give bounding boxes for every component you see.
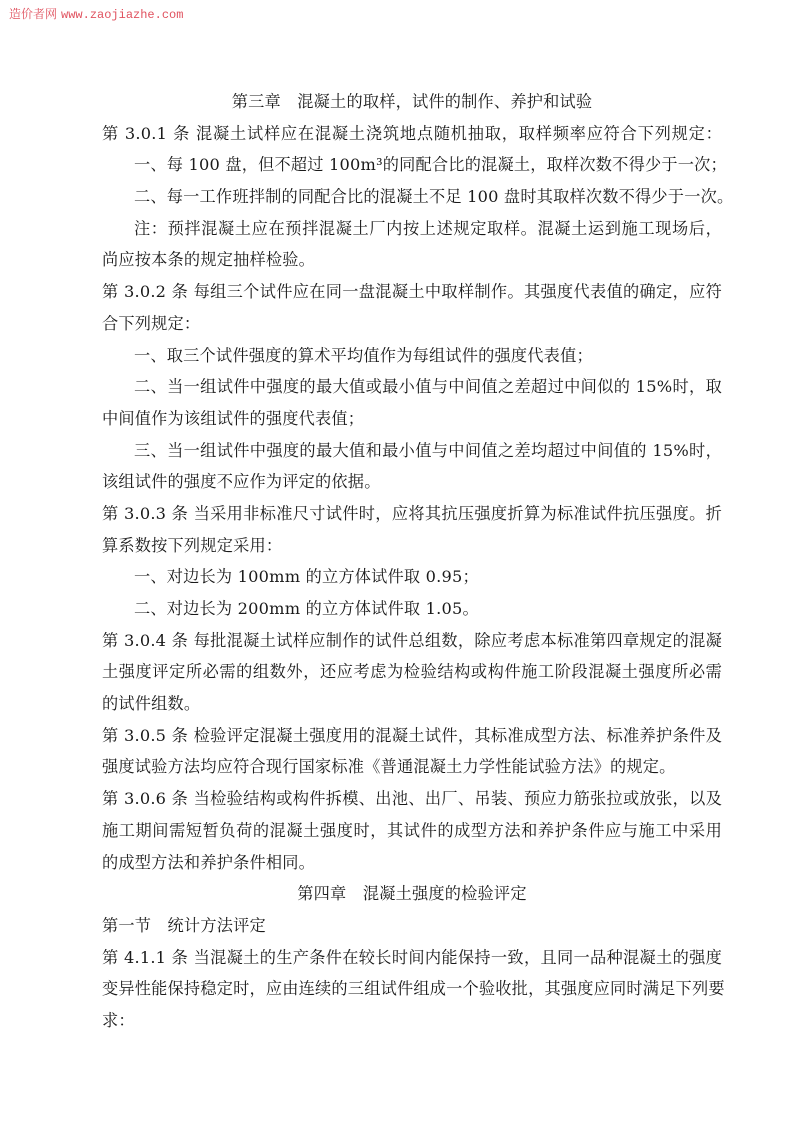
section-1-title: 第一节 统计方法评定: [102, 910, 722, 942]
article-3-0-2-cont: 合下列规定：: [102, 308, 722, 340]
article-3-0-6: 第 3.0.6 条 当检验结构或构件拆模、出池、出厂、吊装、预应力筋张拉或放张，…: [102, 783, 722, 815]
article-4-1-1-cont-1: 变异性能保持稳定时，应由连续的三组试件组成一个验收批，其强度应同时满足下列要: [102, 973, 722, 1005]
article-3-0-3-item-2: 二、对边长为 200mm 的立方体试件取 1.05。: [102, 593, 722, 625]
article-3-0-1: 第 3.0.1 条 混凝土试样应在混凝土浇筑地点随机抽取，取样频率应符合下列规定…: [102, 118, 722, 150]
article-3-0-1-item-2: 二、每一工作班拌制的同配合比的混凝土不足 100 盘时其取样次数不得少于一次。: [102, 181, 722, 213]
article-3-0-3-item-1: 一、对边长为 100mm 的立方体试件取 0.95；: [102, 561, 722, 593]
article-3-0-4: 第 3.0.4 条 每批混凝土试样应制作的试件总组数，除应考虑本标准第四章规定的…: [102, 625, 722, 657]
article-3-0-3: 第 3.0.3 条 当采用非标准尺寸试件时，应将其抗压强度折算为标准试件抗压强度…: [102, 498, 722, 530]
watermark-url: www.zaojiazhe.com: [61, 8, 183, 22]
article-3-0-2-item-2-cont: 中间值作为该组试件的强度代表值；: [102, 403, 722, 435]
site-watermark: 造价者网www.zaojiazhe.com: [9, 5, 183, 22]
article-4-1-1-cont-2: 求：: [102, 1005, 722, 1037]
article-3-0-3-cont: 算系数按下列规定采用：: [102, 530, 722, 562]
article-3-0-2: 第 3.0.2 条 每组三个试件应在同一盘混凝土中取样制作。其强度代表值的确定，…: [102, 276, 722, 308]
article-3-0-2-item-2: 二、当一组试件中强度的最大值或最小值与中间值之差超过中间似的 15%时，取: [102, 371, 722, 403]
article-3-0-4-cont-1: 土强度评定所必需的组数外，还应考虑为检验结构或构件施工阶段混凝土强度所必需: [102, 656, 722, 688]
article-3-0-6-cont-2: 的成型方法和养护条件相同。: [102, 847, 722, 879]
article-3-0-5-cont: 强度试验方法均应符合现行国家标准《普通混凝土力学性能试验方法》的规定。: [102, 751, 722, 783]
chapter-3-title: 第三章 混凝土的取样，试件的制作、养护和试验: [102, 86, 722, 118]
article-3-0-1-note-cont: 尚应按本条的规定抽样检验。: [102, 244, 722, 276]
article-3-0-4-cont-2: 的试件组数。: [102, 688, 722, 720]
article-3-0-2-item-1: 一、取三个试件强度的算术平均值作为每组试件的强度代表值；: [102, 340, 722, 372]
article-3-0-6-cont-1: 施工期间需短暂负荷的混凝土强度时，其试件的成型方法和养护条件应与施工中采用: [102, 815, 722, 847]
watermark-site-name: 造价者网: [9, 7, 57, 21]
document-page: 第三章 混凝土的取样，试件的制作、养护和试验 第 3.0.1 条 混凝土试样应在…: [102, 86, 722, 1037]
article-4-1-1: 第 4.1.1 条 当混凝土的生产条件在较长时间内能保持一致，且同一品种混凝土的…: [102, 942, 722, 974]
article-3-0-1-item-1: 一、每 100 盘，但不超过 100m³的同配合比的混凝土，取样次数不得少于一次…: [102, 149, 722, 181]
chapter-4-title: 第四章 混凝土强度的检验评定: [102, 878, 722, 910]
article-3-0-5: 第 3.0.5 条 检验评定混凝土强度用的混凝土试件，其标准成型方法、标准养护条…: [102, 720, 722, 752]
article-3-0-2-item-3-cont: 该组试件的强度不应作为评定的依据。: [102, 466, 722, 498]
article-3-0-1-note: 注：预拌混凝土应在预拌混凝土厂内按上述规定取样。混凝土运到施工现场后，: [102, 213, 722, 245]
article-3-0-2-item-3: 三、当一组试件中强度的最大值和最小值与中间值之差均超过中间值的 15%时，: [102, 435, 722, 467]
